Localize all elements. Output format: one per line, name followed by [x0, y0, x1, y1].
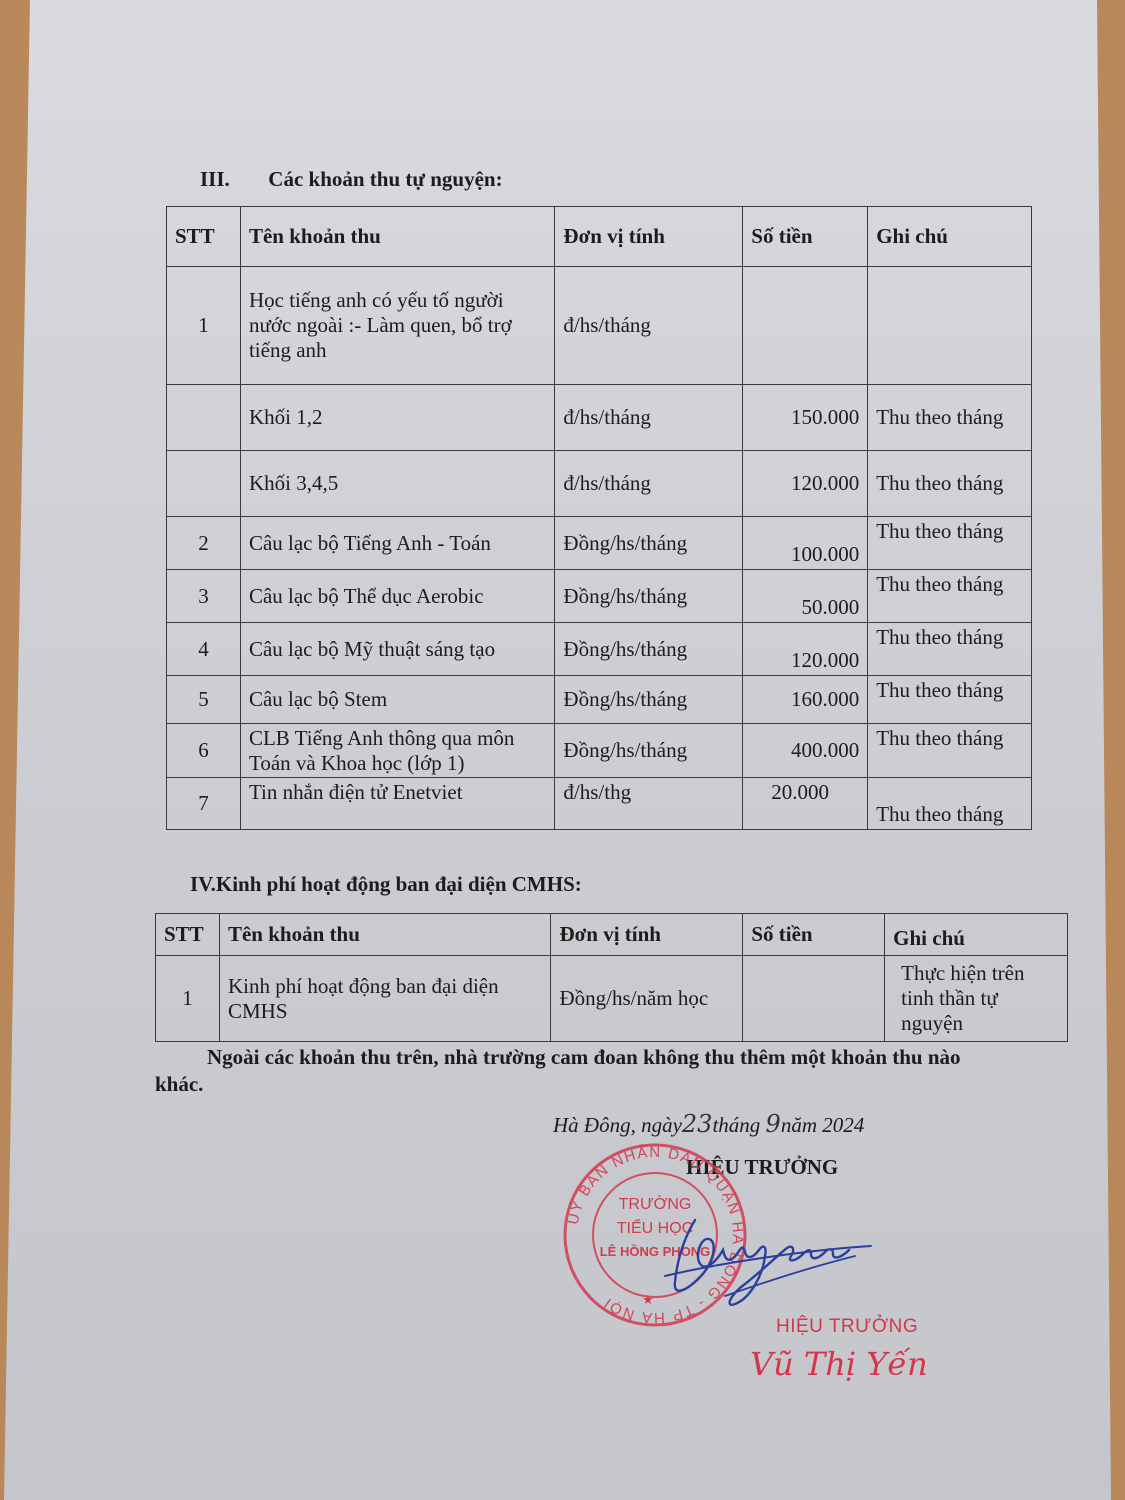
cell-unit: Đồng/hs/tháng: [555, 623, 743, 676]
cell-stt: [167, 451, 241, 517]
table-row: 5 Câu lạc bộ Stem Đồng/hs/tháng 160.000 …: [167, 676, 1032, 724]
header-amount: Số tiền: [743, 914, 885, 956]
cell-name: Câu lạc bộ Stem: [240, 676, 554, 724]
table-row: 1 Kinh phí hoạt động ban đại diện CMHS Đ…: [156, 956, 1068, 1042]
cell-stt: 1: [167, 267, 241, 385]
parent-committee-table: STT Tên khoản thu Đơn vị tính Số tiền Gh…: [155, 913, 1068, 1042]
cell-name: Câu lạc bộ Mỹ thuật sáng tạo: [240, 623, 554, 676]
cell-name: Kinh phí hoạt động ban đại diện CMHS: [219, 956, 550, 1042]
cell-amount: 50.000: [743, 570, 868, 623]
cell-note: Thu theo tháng: [868, 724, 1032, 778]
table-row: 7 Tin nhắn điện tử Enetviet đ/hs/thg 20.…: [167, 778, 1032, 830]
section-4-heading: IV.Kinh phí hoạt động ban đại diện CMHS:: [190, 872, 582, 897]
date-line: Hà Đông, ngày23tháng 9năm 2024: [553, 1110, 864, 1138]
header-note: Ghi chú: [885, 914, 1068, 956]
header-unit: Đơn vị tính: [551, 914, 743, 956]
table-row: 1 Học tiếng anh có yếu tố người nước ngo…: [167, 267, 1032, 385]
svg-text:★: ★: [642, 1293, 654, 1308]
cell-stt: 2: [167, 517, 241, 570]
table-header-row: STT Tên khoản thu Đơn vị tính Số tiền Gh…: [156, 914, 1068, 956]
cell-name: Tin nhắn điện tử Enetviet: [240, 778, 554, 830]
section-3-title: Các khoản thu tự nguyện:: [268, 167, 502, 191]
header-name: Tên khoản thu: [219, 914, 550, 956]
header-stt: STT: [156, 914, 220, 956]
table-row: 6 CLB Tiếng Anh thông qua môn Toán và Kh…: [167, 724, 1032, 778]
cell-amount: 120.000: [743, 623, 868, 676]
cell-unit: Đồng/hs/tháng: [555, 724, 743, 778]
cell-name: Học tiếng anh có yếu tố người nước ngoài…: [240, 267, 554, 385]
cell-name: Khối 3,4,5: [240, 451, 554, 517]
cell-unit: Đồng/hs/năm học: [551, 956, 743, 1042]
cell-unit: Đồng/hs/tháng: [555, 517, 743, 570]
cell-amount: [743, 267, 868, 385]
name-stamp-title: HIỆU TRƯỞNG: [776, 1316, 918, 1338]
cell-amount: 20.000: [743, 778, 868, 830]
cell-note: Thu theo tháng: [868, 778, 1032, 830]
cell-stt: 6: [167, 724, 241, 778]
cell-note: Thu theo tháng: [868, 517, 1032, 570]
cell-note: Thu theo tháng: [868, 623, 1032, 676]
cell-note: Thực hiện trên tinh thần tự nguyện: [885, 956, 1068, 1042]
header-unit: Đơn vị tính: [555, 207, 743, 267]
cell-amount: 120.000: [743, 451, 868, 517]
header-name: Tên khoản thu: [240, 207, 554, 267]
cell-stt: 4: [167, 623, 241, 676]
cell-name: CLB Tiếng Anh thông qua môn Toán và Khoa…: [240, 724, 554, 778]
cell-stt: 5: [167, 676, 241, 724]
cell-unit: Đồng/hs/tháng: [555, 570, 743, 623]
cell-amount: [743, 956, 885, 1042]
cell-unit: đ/hs/tháng: [555, 267, 743, 385]
principal-name: Vũ Thị Yến: [750, 1345, 928, 1383]
cell-note: Thu theo tháng: [868, 676, 1032, 724]
section-3-number: III.: [200, 167, 230, 191]
voluntary-fees-table: STT Tên khoản thu Đơn vị tính Số tiền Gh…: [166, 206, 1032, 830]
date-day: 23: [682, 1110, 713, 1138]
cell-name: Câu lạc bộ Thể dục Aerobic: [240, 570, 554, 623]
cell-note: Thu theo tháng: [868, 385, 1032, 451]
cell-amount: 160.000: [743, 676, 868, 724]
cell-unit: đ/hs/tháng: [555, 451, 743, 517]
table-row: Khối 1,2 đ/hs/tháng 150.000 Thu theo thá…: [167, 385, 1032, 451]
cell-name: Câu lạc bộ Tiếng Anh - Toán: [240, 517, 554, 570]
cell-stt: [167, 385, 241, 451]
table-row: 4 Câu lạc bộ Mỹ thuật sáng tạo Đồng/hs/t…: [167, 623, 1032, 676]
cell-stt: 3: [167, 570, 241, 623]
cell-unit: đ/hs/thg: [555, 778, 743, 830]
cell-amount: 400.000: [743, 724, 868, 778]
cell-amount: 100.000: [743, 517, 868, 570]
cell-name: Khối 1,2: [240, 385, 554, 451]
commitment-statement: Ngoài các khoản thu trên, nhà trường cam…: [155, 1044, 995, 1098]
cell-stt: 7: [167, 778, 241, 830]
date-year: năm 2024: [781, 1113, 864, 1137]
cell-note: Thu theo tháng: [868, 451, 1032, 517]
cell-unit: Đồng/hs/tháng: [555, 676, 743, 724]
cell-stt: 1: [156, 956, 220, 1042]
table-row: 2 Câu lạc bộ Tiếng Anh - Toán Đồng/hs/th…: [167, 517, 1032, 570]
date-month: 9: [766, 1110, 781, 1138]
cell-note: Thu theo tháng: [868, 570, 1032, 623]
section-3-heading: III. Các khoản thu tự nguyện:: [200, 167, 503, 192]
cell-unit: đ/hs/tháng: [555, 385, 743, 451]
table-row: 3 Câu lạc bộ Thể dục Aerobic Đồng/hs/thá…: [167, 570, 1032, 623]
header-stt: STT: [167, 207, 241, 267]
signature-icon: [655, 1200, 885, 1310]
date-month-label: tháng: [712, 1113, 760, 1137]
header-amount: Số tiền: [743, 207, 868, 267]
table-row: Khối 3,4,5 đ/hs/tháng 120.000 Thu theo t…: [167, 451, 1032, 517]
date-prefix: Hà Đông, ngày: [553, 1113, 682, 1137]
header-note: Ghi chú: [868, 207, 1032, 267]
cell-amount: 150.000: [743, 385, 868, 451]
table-header-row: STT Tên khoản thu Đơn vị tính Số tiền Gh…: [167, 207, 1032, 267]
cell-note: [868, 267, 1032, 385]
